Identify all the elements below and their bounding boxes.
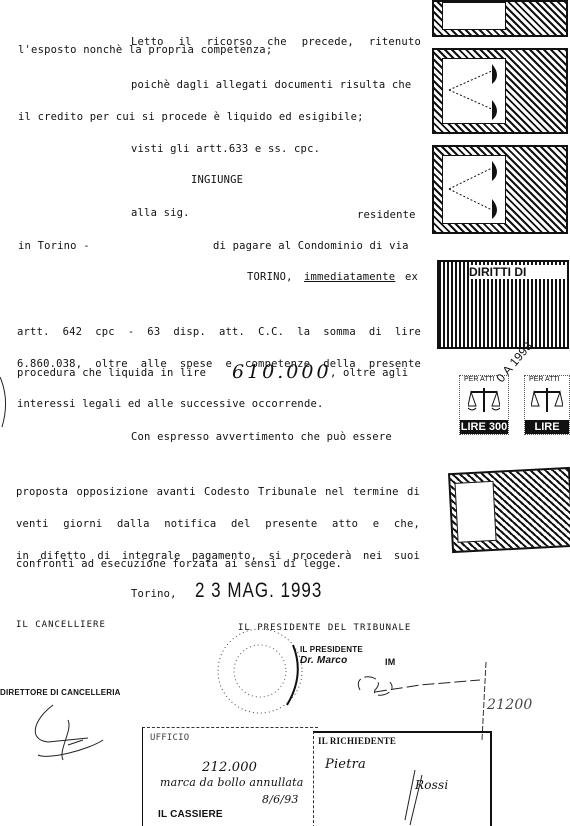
presidente-stamp: IL PRESIDENTE xyxy=(300,645,363,654)
paragraph1-line2: l'esposto nonchè la propria competenza; xyxy=(18,44,272,56)
scales-icon xyxy=(434,147,504,232)
cassiere-label: IL CASSIERE xyxy=(158,809,223,820)
marca-value: LIRE 300 xyxy=(525,420,569,434)
revenue-stamp-4 xyxy=(448,467,570,553)
richiedente-signature-stroke-icon xyxy=(400,770,430,826)
marca-value: LIRE 300 xyxy=(460,420,508,434)
date-stamp: 2 3 MAG. 1993 xyxy=(195,578,322,603)
scales-of-justice-icon xyxy=(468,386,500,416)
court-seal-icon xyxy=(215,625,305,717)
handwritten-amount: 610.000 xyxy=(232,361,332,383)
presidente-signature-icon xyxy=(330,660,490,710)
revenue-stamp-2 xyxy=(432,48,568,134)
body-line3-prefix: procedura che liquida in lire xyxy=(17,367,206,379)
seal-fragment-icon xyxy=(0,375,12,430)
scales-icon xyxy=(434,50,504,132)
marca-da-bollo-2: PER ATTI LIRE 300 xyxy=(524,375,570,435)
diritti-stamp: DIRITTI DI xyxy=(437,260,569,349)
body-line4: interessi legali ed alle successive occo… xyxy=(17,398,324,410)
immediately-text: immediatamente xyxy=(304,271,395,283)
receipt-date: 8/6/93 xyxy=(262,793,299,806)
paragraph2-line2: il credito per cui si procede è liquido … xyxy=(18,111,364,123)
place: Torino, xyxy=(131,588,177,600)
scales-of-justice-icon xyxy=(531,386,563,416)
direttore-signature-icon xyxy=(28,700,108,765)
ex-text: ex xyxy=(405,271,418,283)
cancelliere-label: IL CANCELLIERE xyxy=(16,620,106,630)
street-end: TORINO, xyxy=(247,271,293,283)
receipt-note: marca da bollo annullata xyxy=(160,776,304,789)
body-line3-suffix: , oltre agli xyxy=(330,367,408,379)
direttore-label: DIRETTORE DI CANCELLERIA xyxy=(0,688,121,697)
addressee-prefix: alla sig. xyxy=(131,207,190,219)
marca-da-bollo-1: PER ATTI LIRE 300 xyxy=(459,375,509,435)
marca-top-label: PER ATTI xyxy=(529,376,560,383)
pay-text: di pagare al Condominio di via xyxy=(213,240,409,252)
warning-line1: Con espresso avvertimento che può essere xyxy=(131,431,392,443)
revenue-stamp-3 xyxy=(432,145,568,234)
visti-line: visti gli artt.633 e ss. cpc. xyxy=(131,143,320,155)
marca-top-label: PER ATTI xyxy=(464,376,495,383)
richiedente-handwritten: Pietra xyxy=(325,757,366,772)
warning-line5: confronti ad esecuzione forzata ai sensi… xyxy=(16,558,342,570)
revenue-stamp-1 xyxy=(432,0,568,37)
ufficio-label: UFFICIO xyxy=(150,733,189,743)
paragraph2-line1: poichè dagli allegati documenti risulta … xyxy=(131,79,411,91)
city-line: in Torino - xyxy=(18,240,90,252)
richiedente-label: IL RICHIEDENTE xyxy=(318,736,396,746)
diritti-label: DIRITTI DI xyxy=(469,265,565,279)
ingiunge-heading: INGIUNGE xyxy=(191,174,243,186)
residence-label: residente xyxy=(357,209,416,221)
receipt-amount: 212.000 xyxy=(202,760,257,775)
